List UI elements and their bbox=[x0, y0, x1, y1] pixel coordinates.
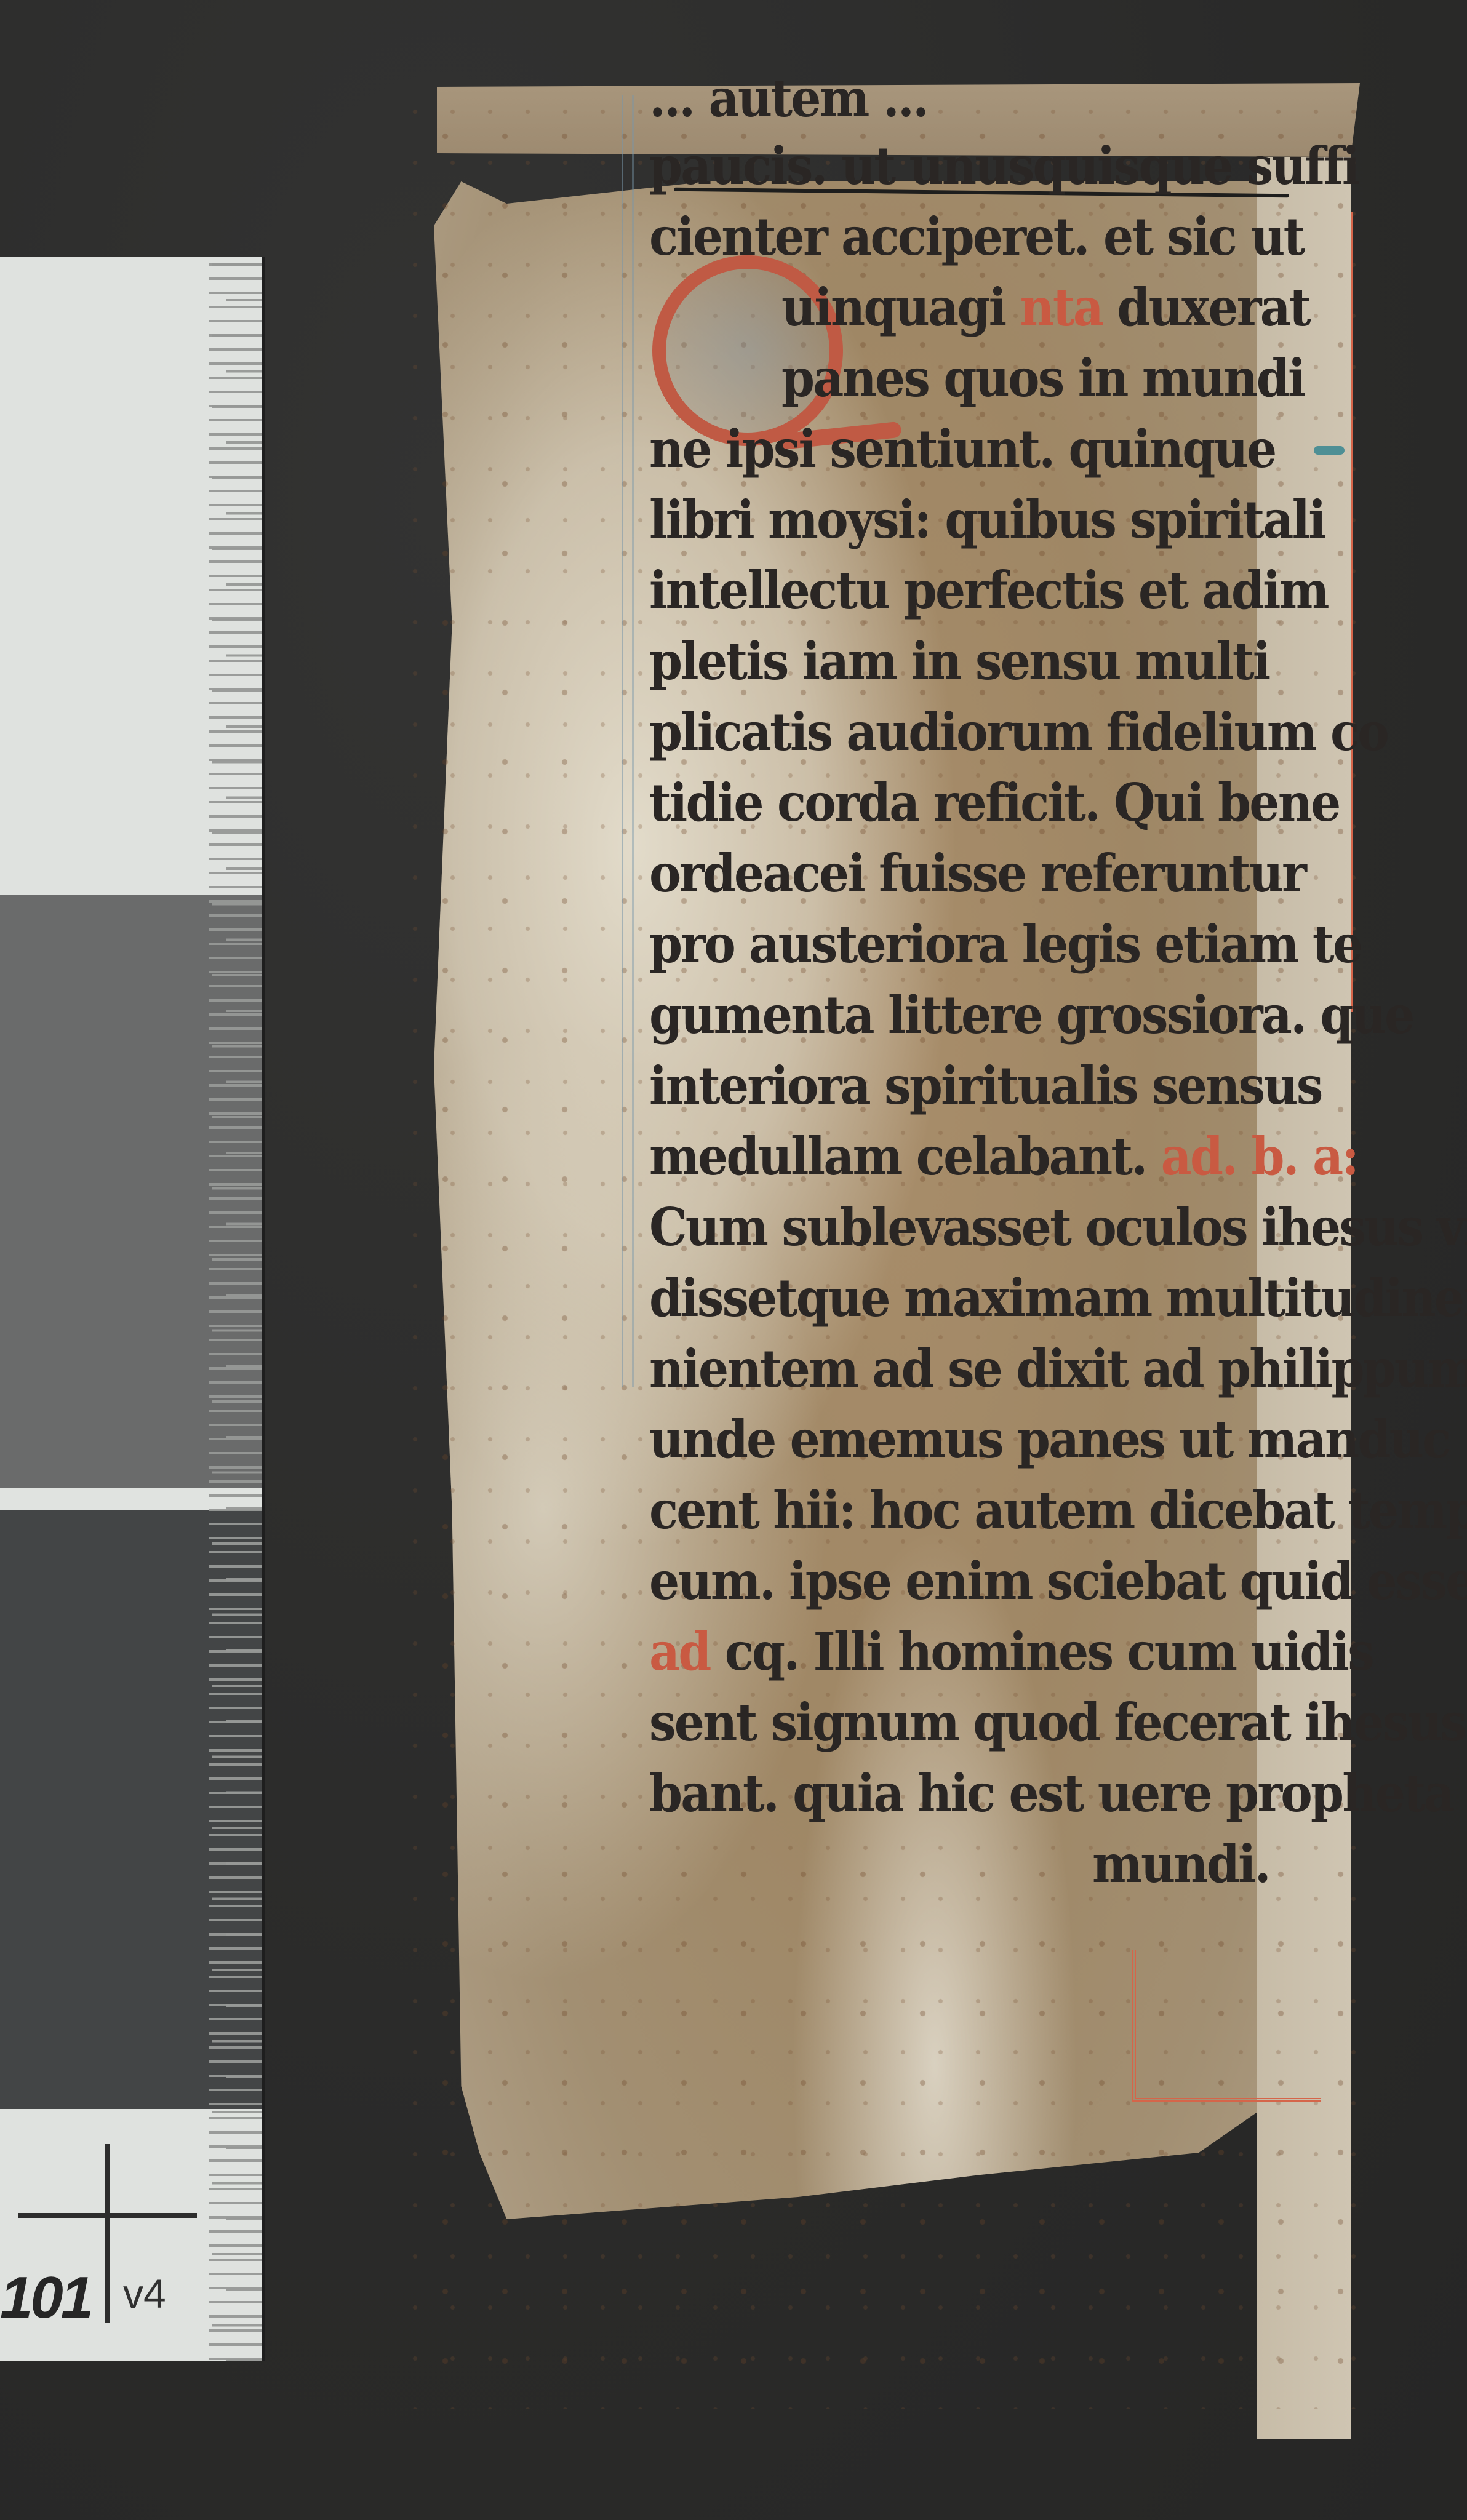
rubric-text: nta bbox=[1020, 277, 1102, 338]
text-line: pletis iam in sensu multi bbox=[649, 631, 1269, 692]
text-line: nientem ad se dixit ad philippum bbox=[649, 1338, 1467, 1400]
text-line: Cum sublevasset oculos ihesus vi bbox=[649, 1197, 1467, 1258]
text-line: medullam celabant. ad. b. a: bbox=[649, 1126, 1357, 1187]
text-line: ... autem ... bbox=[649, 68, 927, 129]
blue-penwork-stroke bbox=[1314, 446, 1345, 455]
text-line: pro austeriora legis etiam te bbox=[649, 914, 1361, 975]
text-line: dissetque maximam multitudinem ue bbox=[649, 1267, 1467, 1329]
text-line: sent signum quod fecerat ihesus dice bbox=[649, 1692, 1467, 1753]
text-line: interiora spiritualis sensus bbox=[649, 1055, 1322, 1117]
text-line: uinquagi nta duxerat bbox=[781, 277, 1309, 338]
crosshair-icon bbox=[105, 2144, 110, 2323]
target-number-label: 101 bbox=[0, 2264, 91, 2332]
text-line: tidie corda reficit. Qui bene bbox=[649, 772, 1340, 834]
text-line: intellectu perfectis et adim bbox=[649, 560, 1328, 621]
text-line: ne ipsi sentiunt. quinque bbox=[649, 418, 1275, 480]
manuscript-fragment: ... autem ... paucis. ut unusquisque suf… bbox=[409, 83, 1369, 2409]
text-line: cent hii: hoc autem dicebat temptans bbox=[649, 1480, 1467, 1541]
text-line: ad cq. Illi homines cum uidis bbox=[649, 1621, 1373, 1683]
rubric-text: ad bbox=[649, 1621, 710, 1682]
ruler-mid-ticks bbox=[226, 257, 265, 2361]
text-line: panes quos in mundi bbox=[781, 348, 1305, 409]
calibration-target bbox=[0, 257, 265, 2361]
text-line: bant. quia hic est uere propheta bbox=[649, 1763, 1453, 1824]
crosshair-icon-horizontal bbox=[18, 2213, 197, 2218]
text-line: eum. ipse enim sciebat quid esset factur… bbox=[649, 1550, 1467, 1612]
red-line-end-frame bbox=[1132, 1950, 1321, 2102]
target-version-label: v4 bbox=[123, 2270, 166, 2317]
blue-ruling-lines bbox=[622, 95, 634, 1387]
ruler-edge bbox=[262, 257, 265, 2361]
text-line: gumenta littere grossiora. que bbox=[649, 984, 1413, 1046]
text-line: paucis. ut unusquisque suffi bbox=[649, 135, 1359, 197]
text-line: unde ememus panes ut manduc bbox=[649, 1409, 1449, 1470]
rubric-text: ad. b. a: bbox=[1161, 1126, 1358, 1187]
text-line: libri moysi: quibus spiritali bbox=[649, 489, 1325, 551]
text-line: ordeacei fuisse referuntur bbox=[649, 843, 1305, 904]
text-line: plicatis audiorum fidelium co bbox=[649, 701, 1388, 763]
text-line: mundi. bbox=[1092, 1833, 1269, 1895]
text-line: cienter acciperet. et sic ut bbox=[649, 206, 1304, 268]
